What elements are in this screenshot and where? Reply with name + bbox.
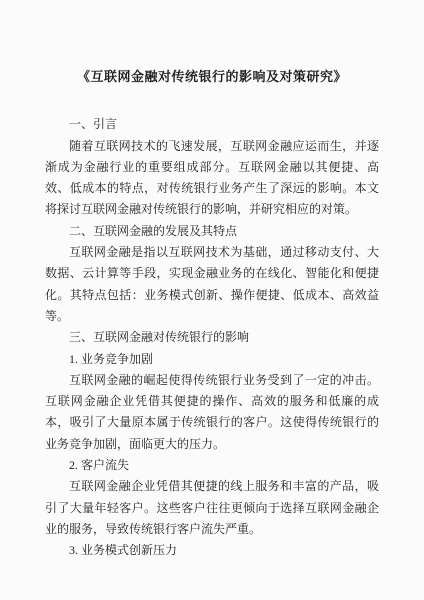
document-title: 《互联网金融对传统银行的影响及对策研究》 [45,66,379,87]
subheading-customer-loss: 2. 客户流失 [45,455,379,476]
subheading-competition: 1. 业务竞争加剧 [45,349,379,370]
paragraph-customer-loss: 互联网金融企业凭借其便捷的线上服务和丰富的产品，吸引了大量年轻客户。这些客户往往… [45,476,379,540]
section-heading-impact: 三、互联网金融对传统银行的影响 [45,327,379,348]
document-page: 《互联网金融对传统银行的影响及对策研究》 一、引言 随着互联网技术的飞速发展，互… [0,0,424,600]
section-heading-development: 二、互联网金融的发展及其特点 [45,221,379,242]
section-heading-intro: 一、引言 [45,114,379,135]
subheading-innovation-pressure: 3. 业务模式创新压力 [45,540,379,561]
paragraph-development: 互联网金融是指以互联网技术为基础，通过移动支付、大数据、云计算等手段，实现金融业… [45,242,379,327]
paragraph-competition: 互联网金融的崛起使得传统银行业务受到了一定的冲击。互联网金融企业凭借其便捷的操作… [45,370,379,455]
paragraph-intro: 随着互联网技术的飞速发展，互联网金融应运而生，并逐渐成为金融行业的重要组成部分。… [45,136,379,221]
